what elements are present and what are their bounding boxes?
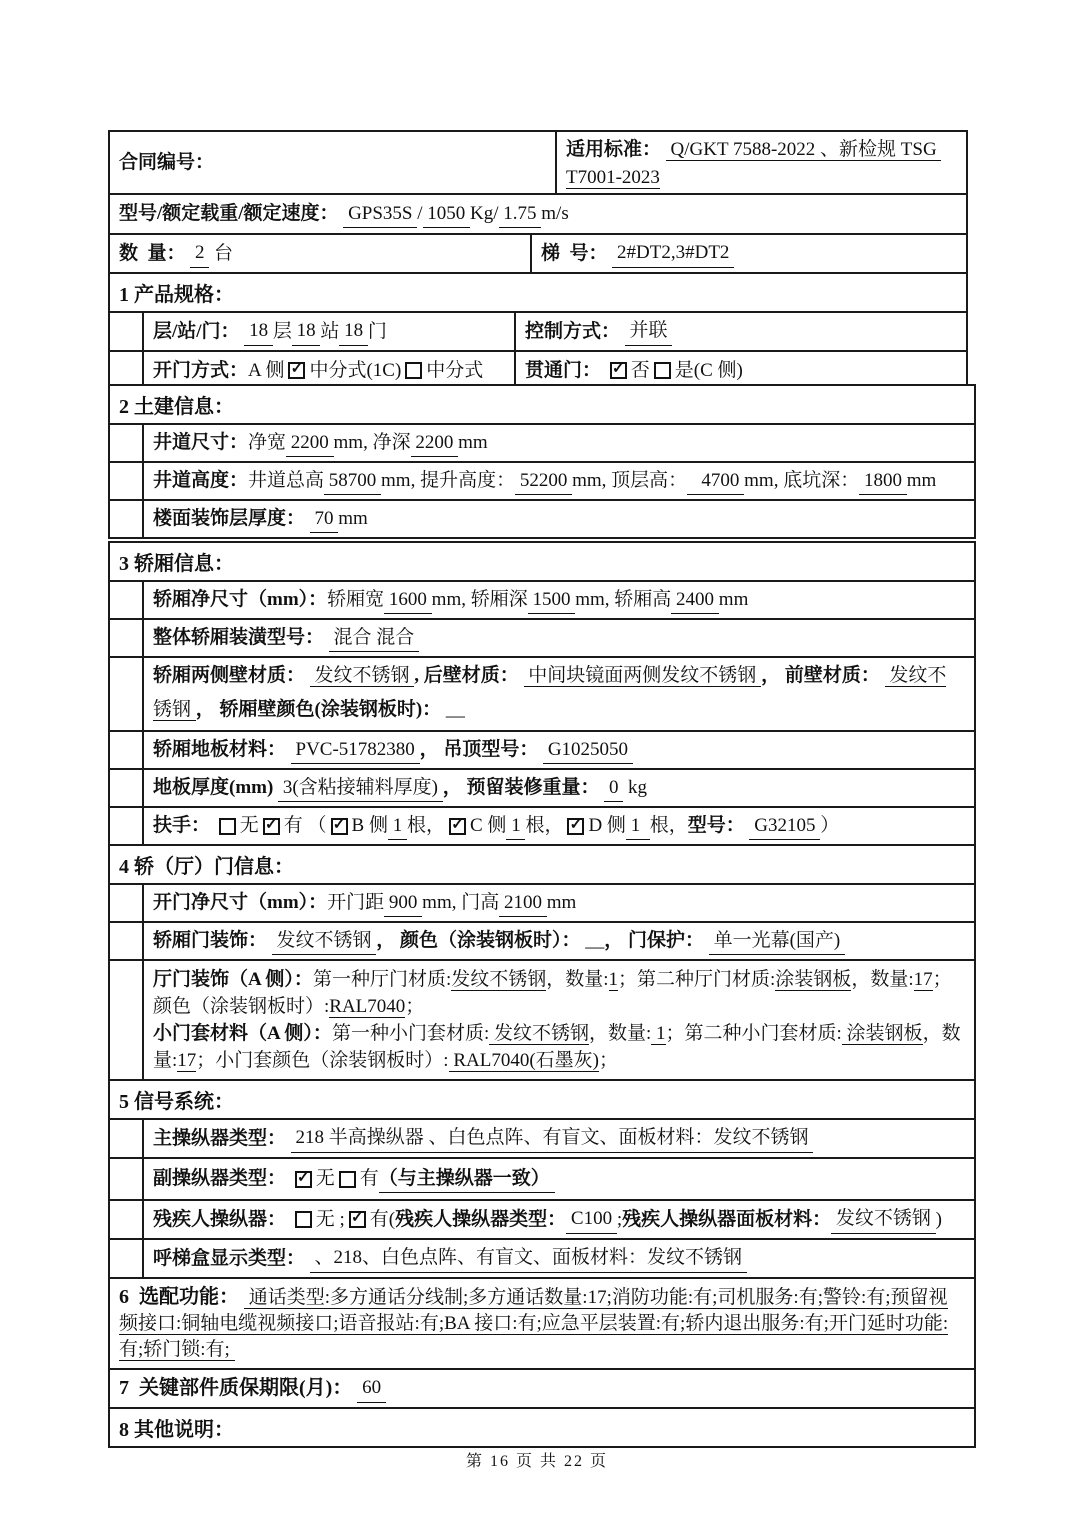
hall-qty-2-value: 17 (914, 969, 933, 991)
car-floor-value: PVC-51782380 (291, 736, 420, 765)
liftno-label: 梯 号： (541, 240, 612, 268)
hall-door-paragraph: 厅门装饰（A 侧）：第一种厅门材质:发纹不锈钢，数量:1；第二种厅门材质:涂装钢… (153, 966, 965, 1020)
section5-title: 5 信号系统： (110, 1081, 974, 1118)
handrail-d-count: 1 (626, 812, 650, 841)
indent-cell (110, 658, 144, 730)
door-jamb-label: 小门套材料（A 侧）： (153, 1023, 332, 1044)
door-opening-text-2: mm, 门高 (422, 889, 499, 917)
standard-cell: 适用标准： Q/GKT 7588-2022 、新检规 TSG T7001-202… (555, 132, 966, 193)
hall-material-2-value: 涂装钢板 (775, 969, 851, 991)
floor-finish-cell: 楼面装饰层厚度： 70 mm (144, 501, 974, 537)
jamb-text-5: ；小门套颜色（涂装钢板时）: (196, 1050, 448, 1071)
row-car-floor: 轿厢地板材料： PVC-51782380 ， 吊顶型号： G1025050 (110, 730, 974, 768)
aux-has-label: 有 (360, 1165, 379, 1193)
disabled-none-checkbox (295, 1211, 312, 1228)
indent-cell (110, 425, 144, 461)
row-section3-header: 3 轿厢信息： (110, 543, 974, 580)
hall-text-4: ，数量: (851, 969, 913, 990)
disabled-close-paren: ) (936, 1206, 942, 1234)
car-size-label: 轿厢净尺寸（mm）： (153, 586, 327, 614)
row-door-opening: 开门净尺寸（mm）：开门距 900 mm, 门高 2100 mm (110, 883, 974, 921)
section2-title: 2 土建信息： (110, 386, 974, 423)
row-floor-finish: 楼面装饰层厚度： 70 mm (110, 499, 974, 537)
page-number-footer: 第 16 页 共 22 页 (0, 1448, 1074, 1471)
hall-box-label: 呼梯盒显示类型： (153, 1245, 310, 1273)
floors-value-2: 18 (292, 317, 321, 346)
control-value: 并联 (625, 317, 673, 346)
travel-height-value: 52200 (515, 467, 572, 496)
handrail-cell: 扶手： 无有 （B 侧 1 根，C 侧 1 根，D 侧 1 根，型号： G321… (144, 808, 974, 844)
row-section8-other: 8 其他说明： (110, 1407, 974, 1446)
floors-label: 层/站/门： (153, 318, 244, 346)
center-open-checkbox (405, 362, 422, 379)
wall-color-label: ， 轿厢壁颜色(涂装钢板时)： (196, 699, 446, 720)
total-height-value: 58700 (324, 467, 381, 496)
handrail-c-label: C 侧 (470, 812, 506, 840)
table-civil-info: 2 土建信息： 井道尺寸：净宽 2200 mm, 净深 2200 mm 井道高度… (108, 384, 976, 539)
jamb-text-1: 第一种小门套材质: (332, 1023, 489, 1044)
indent-cell (110, 923, 144, 959)
row-car-size: 轿厢净尺寸（mm）：轿厢宽 1600 mm, 轿厢深 1500 mm, 轿厢高 … (110, 580, 974, 618)
row-main-cop: 主操纵器类型： 218 半高操纵器 、白色点阵、有盲文、面板材料：发纹不锈钢 (110, 1118, 974, 1157)
section3-title: 3 轿厢信息： (110, 543, 974, 580)
door-opening-text-1: 开门距 (327, 889, 384, 917)
aux-cop-cell: 副操纵器类型： 无有（与主操纵器一致） (144, 1159, 974, 1199)
door-height-value: 2100 (499, 889, 547, 918)
jamb-text-3: ；第二种小门套材质: (666, 1023, 842, 1044)
shaft-size-label: 井道尺寸： (153, 429, 248, 457)
aux-none-checkbox (295, 1171, 312, 1188)
jamb-color-value: RAL7040(石墨灰) (449, 1050, 599, 1072)
indent-cell (110, 1159, 144, 1199)
height-text-2: mm, 提升高度： (381, 467, 515, 495)
indent-cell (110, 732, 144, 768)
options-cell: 6 选配功能： 通话类型:多方通话分线制;多方通话数量:17;消防功能:有;司机… (110, 1279, 974, 1368)
row-hall-box: 呼梯盒显示类型： 、218、白色点阵、有盲文、面板材料：发纹不锈钢 (110, 1238, 974, 1277)
row-wall-materials: 轿厢两侧壁材质： 发纹不锈钢 , 后壁材质： 中间块镜面两侧发纹不锈钢 ， 前壁… (110, 656, 974, 730)
main-cop-label: 主操纵器类型： (153, 1125, 291, 1153)
warranty-cell: 7 关键部件质保期限(月)： 60 (110, 1370, 974, 1407)
handrail-c-unit: 根， (525, 812, 563, 840)
indent-cell (110, 770, 144, 806)
car-size-text-2: mm, 轿厢深 (432, 586, 528, 614)
handrail-d-checkbox (567, 818, 584, 835)
car-size-cell: 轿厢净尺寸（mm）：轿厢宽 1600 mm, 轿厢深 1500 mm, 轿厢高 … (144, 582, 974, 618)
floor-thickness-cell: 地板厚度(mm) 3(含粘接辅料厚度) ， 预留装修重量： 0 kg (144, 770, 974, 806)
row-shaft-size: 井道尺寸：净宽 2200 mm, 净深 2200 mm (110, 423, 974, 461)
car-decoration-label: 整体轿厢装潢型号： (153, 624, 329, 652)
hall-box-value: 、218、白色点阵、有盲文、面板材料：发纹不锈钢 (310, 1244, 747, 1273)
door-opening-cell: 开门净尺寸（mm）：开门距 900 mm, 门高 2100 mm (144, 885, 974, 921)
handrail-b-unit: 根， (407, 812, 445, 840)
car-door-color-value: __ (585, 927, 604, 955)
floor-finish-label: 楼面装饰层厚度： (153, 505, 310, 533)
ceiling-value: G1025050 (543, 736, 633, 765)
shaft-text-3: mm (458, 429, 488, 457)
hall-text-2: ，数量: (546, 969, 608, 990)
car-door-deco-value: 发纹不锈钢 (272, 927, 377, 956)
height-text-3: mm, 顶层高： (572, 467, 687, 495)
handrail-has-label: 有 （ (284, 812, 327, 840)
indent-cell (110, 620, 144, 656)
document-page: 合同编号： 适用标准： Q/GKT 7588-2022 、新检规 TSG T70… (0, 0, 1074, 1520)
floor-thickness-value: 3(含粘接辅料厚度) (278, 774, 443, 803)
aux-same-as-main-value: （与主操纵器一致） (379, 1165, 555, 1194)
handrail-has-checkbox (263, 818, 280, 835)
shaft-depth-value: 2200 (411, 429, 459, 458)
jamb-material-2-value: 涂装钢板 (842, 1023, 923, 1045)
row-floor-thickness: 地板厚度(mm) 3(含粘接辅料厚度) ， 预留装修重量： 0 kg (110, 768, 974, 806)
wall-materials-cell: 轿厢两侧壁材质： 发纹不锈钢 , 后壁材质： 中间块镜面两侧发纹不锈钢 ， 前壁… (144, 658, 974, 730)
through-no-label: 否 (631, 357, 650, 385)
indent-cell (110, 1240, 144, 1277)
through-no-checkbox (610, 362, 627, 379)
jamb-qty-2-value: 17 (177, 1050, 196, 1072)
handrail-b-count: 1 (388, 812, 407, 841)
door-jamb-paragraph: 小门套材料（A 侧）：第一种小门套材质: 发纹不锈钢，数量: 1；第二种小门套材… (153, 1020, 965, 1074)
handrail-d-unit: 根， (650, 812, 688, 840)
hall-text-6: ； (405, 996, 424, 1017)
jamb-text-2: ，数量: (589, 1023, 651, 1044)
height-text-1: 井道总高 (248, 467, 324, 495)
car-height-value: 2400 (671, 586, 719, 615)
car-depth-value: 1500 (528, 586, 576, 615)
shaft-text-2: mm, 净深 (334, 429, 411, 457)
disabled-type-value: C100 (566, 1205, 617, 1234)
contract-no-cell: 合同编号： (110, 132, 555, 193)
row-car-door-deco: 轿厢门装饰： 发纹不锈钢 ， 颜色（涂装钢板时）： __， 门保护： 单一光幕(… (110, 921, 974, 959)
door-width-value: 900 (384, 889, 422, 918)
row-model: 型号/额定载重/额定速度： GPS35S / 1050 Kg/ 1.75 m/s (110, 193, 966, 233)
row-section5-header: 5 信号系统： (110, 1079, 974, 1118)
qty-label: 数 量： (119, 240, 190, 268)
hall-box-cell: 呼梯盒显示类型： 、218、白色点阵、有盲文、面板材料：发纹不锈钢 (144, 1240, 974, 1277)
disabled-has-label: 有( (370, 1206, 395, 1234)
aux-cop-label: 副操纵器类型： (153, 1165, 291, 1193)
reserved-weight-unit: kg (623, 774, 647, 802)
indent-cell (110, 885, 144, 921)
row-contract-standard: 合同编号： 适用标准： Q/GKT 7588-2022 、新检规 TSG T70… (110, 132, 966, 193)
floor-thickness-label: 地板厚度(mm) (153, 774, 278, 802)
qty-unit: 台 (209, 240, 233, 268)
side-wall-label: 轿厢两侧壁材质： (153, 665, 310, 686)
door-opening-text-3: mm (547, 889, 577, 917)
handrail-c-count: 1 (506, 812, 525, 841)
aux-has-checkbox (339, 1171, 356, 1188)
floors-cell: 层/站/门： 18 层 18 站 18 门 (144, 313, 514, 350)
indent-cell (110, 961, 144, 1079)
jamb-qty-1-value: 1 (651, 1023, 665, 1045)
main-cop-value: 218 半高操纵器 、白色点阵、有盲文、面板材料：发纹不锈钢 (291, 1124, 814, 1153)
warranty-value: 60 (357, 1374, 386, 1403)
center-open-1c-label: 中分式(1C) (309, 357, 401, 385)
indent-cell (110, 501, 144, 537)
handrail-b-label: B 侧 (352, 812, 388, 840)
disabled-type-label: 残疾人操纵器类型： (395, 1206, 566, 1234)
center-open-1c-checkbox (288, 362, 305, 379)
center-open-label: 中分式 (426, 357, 483, 385)
model-cell: 型号/额定载重/额定速度： GPS35S / 1050 Kg/ 1.75 m/s (110, 195, 966, 233)
shaft-size-cell: 井道尺寸：净宽 2200 mm, 净深 2200 mm (144, 425, 974, 461)
hall-color-value: RAL7040 (329, 996, 405, 1018)
model-value-speed: 1.75 (499, 200, 542, 229)
disabled-has-checkbox (349, 1211, 366, 1228)
handrail-c-checkbox (449, 818, 466, 835)
side-wall-value: 发纹不锈钢 (310, 665, 415, 687)
row-section6-options: 6 选配功能： 通话类型:多方通话分线制;多方通话数量:17;消防功能:有;司机… (110, 1277, 974, 1368)
control-label: 控制方式： (525, 318, 625, 346)
ceiling-label: ， 吊顶型号： (420, 736, 544, 764)
rear-wall-label: , 后壁材质： (414, 665, 523, 686)
model-sep3: m/s (541, 200, 568, 228)
shaft-height-label: 井道高度： (153, 467, 248, 495)
indent-cell (110, 1201, 144, 1238)
door-side-text: A 侧 (248, 357, 284, 385)
hall-material-1-value: 发纹不锈钢 (451, 969, 546, 991)
row-floors-control: 层/站/门： 18 层 18 站 18 门 控制方式： 并联 (110, 311, 966, 350)
jamb-material-1-value: 发纹不锈钢 (489, 1023, 589, 1045)
indent-cell (110, 582, 144, 618)
row-section4-header: 4 轿（厅）门信息： (110, 844, 974, 883)
shaft-width-value: 2200 (286, 429, 334, 458)
floors-value-3: 18 (339, 317, 368, 346)
row-section7-warranty: 7 关键部件质保期限(月)： 60 (110, 1368, 974, 1407)
section6-title: 6 选配功能： (119, 1286, 244, 1308)
pit-depth-value: 1800 (859, 467, 907, 496)
contract-no-label: 合同编号： (119, 149, 214, 177)
section1-title: 1 产品规格： (110, 274, 966, 311)
control-cell: 控制方式： 并联 (514, 313, 966, 350)
floor-finish-unit: mm (338, 505, 368, 533)
car-door-deco-label: 轿厢门装饰： (153, 927, 272, 955)
car-size-text-1: 轿厢宽 (327, 586, 384, 614)
disabled-none-label: 无 ; (316, 1206, 345, 1234)
model-value-type: GPS35S (343, 200, 417, 229)
hall-door-deco-cell: 厅门装饰（A 侧）：第一种厅门材质:发纹不锈钢，数量:1；第二种厅门材质:涂装钢… (144, 961, 974, 1079)
section8-title: 8 其他说明： (110, 1409, 974, 1446)
row-hall-door-deco: 厅门装饰（A 侧）：第一种厅门材质:发纹不锈钢，数量:1；第二种厅门材质:涂装钢… (110, 959, 974, 1079)
disabled-panel-value: 发纹不锈钢 (831, 1205, 936, 1234)
indent-cell (110, 313, 144, 350)
car-size-text-3: mm, 轿厢高 (575, 586, 671, 614)
handrail-none-label: 无 (240, 812, 259, 840)
door-open-label: 开门方式： (153, 357, 248, 385)
row-car-decoration: 整体轿厢装潢型号： 混合 混合 (110, 618, 974, 656)
car-door-deco-cell: 轿厢门装饰： 发纹不锈钢 ， 颜色（涂装钢板时）： __， 门保护： 单一光幕(… (144, 923, 974, 959)
hall-text-1: 第一种厅门材质: (313, 969, 451, 990)
table-car-info: 3 轿厢信息： 轿厢净尺寸（mm）：轿厢宽 1600 mm, 轿厢深 1500 … (108, 541, 976, 1448)
handrail-model-value: G32105 (749, 812, 820, 841)
main-cop-cell: 主操纵器类型： 218 半高操纵器 、白色点阵、有盲文、面板材料：发纹不锈钢 (144, 1120, 974, 1157)
qty-cell: 数 量： 2 台 (110, 235, 530, 272)
hall-door-label: 厅门装饰（A 侧）： (153, 969, 313, 990)
door-protection-label: ， 门保护： (604, 927, 709, 955)
handrail-b-checkbox (331, 818, 348, 835)
handrail-label: 扶手： (153, 812, 215, 840)
hall-qty-1-value: 1 (609, 969, 619, 991)
section7-title: 7 关键部件质保期限(月)： (119, 1374, 357, 1403)
floors-value-1: 18 (244, 317, 273, 346)
handrail-none-checkbox (219, 818, 236, 835)
through-yes-label: 是(C 侧) (675, 357, 743, 385)
model-sep2: Kg/ (470, 200, 499, 228)
floors-text-2: 站 (320, 318, 339, 346)
front-wall-label: ， 前壁材质： (761, 665, 885, 686)
reserved-weight-value: 0 (604, 774, 623, 803)
options-value: 通话类型:多方通话分线制;多方通话数量:17;消防功能:有;司机服务:有;警铃:… (119, 1287, 948, 1361)
row-qty-liftno: 数 量： 2 台 梯 号： 2#DT2,3#DT2 (110, 233, 966, 272)
liftno-value: 2#DT2,3#DT2 (612, 239, 734, 268)
hall-text-3: ；第二种厅门材质: (618, 969, 775, 990)
floor-finish-value: 70 (310, 505, 339, 534)
car-door-color-label: ， 颜色（涂装钢板时）： (376, 927, 585, 955)
model-value-load: 1050 (423, 200, 471, 229)
car-decoration-cell: 整体轿厢装潢型号： 混合 混合 (144, 620, 974, 656)
indent-cell (110, 808, 144, 844)
floors-text-1: 层 (273, 318, 292, 346)
model-label: 型号/额定载重/额定速度： (119, 200, 343, 228)
disabled-cop-label: 残疾人操纵器： (153, 1206, 291, 1234)
car-decoration-value: 混合 混合 (329, 624, 419, 653)
section4-title: 4 轿（厅）门信息： (110, 846, 974, 883)
shaft-text-1: 净宽 (248, 429, 286, 457)
door-opening-label: 开门净尺寸（mm）： (153, 889, 327, 917)
handrail-model-label: 型号： (688, 812, 750, 840)
row-shaft-height: 井道高度：井道总高 58700 mm, 提升高度： 52200 mm, 顶层高：… (110, 461, 974, 499)
car-width-value: 1600 (384, 586, 432, 615)
car-floor-cell: 轿厢地板材料： PVC-51782380 ， 吊顶型号： G1025050 (144, 732, 974, 768)
row-aux-cop: 副操纵器类型： 无有（与主操纵器一致） (110, 1157, 974, 1199)
car-floor-label: 轿厢地板材料： (153, 736, 291, 764)
height-text-4: mm, 底坑深： (744, 467, 859, 495)
floors-text-3: 门 (368, 318, 387, 346)
row-handrail: 扶手： 无有 （B 侧 1 根，C 侧 1 根，D 侧 1 根，型号： G321… (110, 806, 974, 844)
aux-none-label: 无 (316, 1165, 335, 1193)
through-door-label: 贯通门： (525, 357, 606, 385)
handrail-close-paren: ） (820, 812, 839, 840)
row-disabled-cop: 残疾人操纵器： 无 ;有(残疾人操纵器类型： C100 ;残疾人操纵器面板材料：… (110, 1199, 974, 1238)
disabled-panel-label: 残疾人操纵器面板材料： (622, 1206, 831, 1234)
table-header-product: 合同编号： 适用标准： Q/GKT 7588-2022 、新检规 TSG T70… (108, 130, 968, 391)
door-protection-value: 单一光幕(国产) (709, 927, 845, 956)
row-section2-header: 2 土建信息： (110, 386, 974, 423)
height-text-5: mm (907, 467, 937, 495)
liftno-cell: 梯 号： 2#DT2,3#DT2 (530, 235, 966, 272)
jamb-text-6: ； (599, 1050, 618, 1071)
car-size-text-4: mm (719, 586, 749, 614)
through-yes-checkbox (654, 362, 671, 379)
wall-color-value: __ (446, 699, 465, 720)
handrail-d-label: D 侧 (588, 812, 625, 840)
rear-wall-value: 中间块镜面两侧发纹不锈钢 (524, 665, 762, 687)
top-floor-value: 4700 (687, 467, 744, 496)
indent-cell (110, 1120, 144, 1157)
indent-cell (110, 463, 144, 499)
reserved-weight-label: ， 预留装修重量： (443, 774, 605, 802)
standard-label: 适用标准： (566, 139, 666, 160)
row-section1-header: 1 产品规格： (110, 272, 966, 311)
qty-value: 2 (190, 239, 209, 268)
disabled-cop-cell: 残疾人操纵器： 无 ;有(残疾人操纵器类型： C100 ;残疾人操纵器面板材料：… (144, 1201, 974, 1238)
shaft-height-cell: 井道高度：井道总高 58700 mm, 提升高度： 52200 mm, 顶层高：… (144, 463, 974, 499)
